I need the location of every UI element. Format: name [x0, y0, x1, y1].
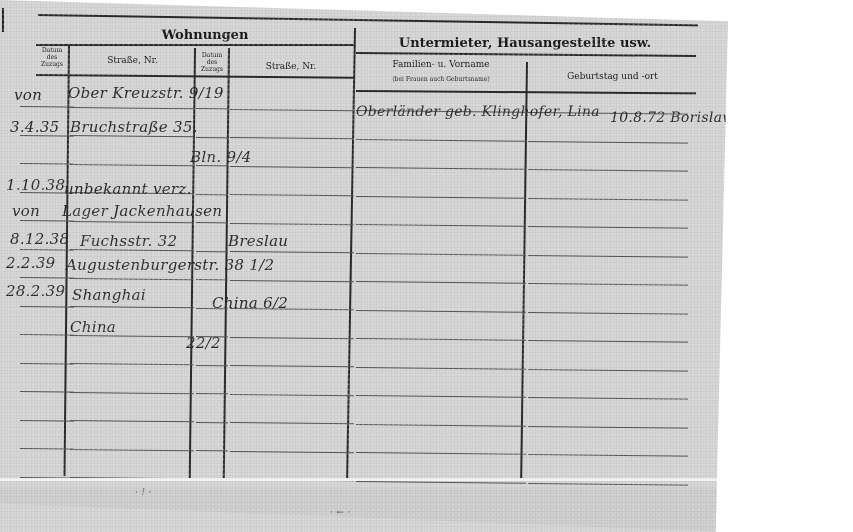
row-rule: [528, 397, 688, 400]
entry-date: 1.10.38: [6, 176, 65, 194]
row-rule: [70, 164, 194, 166]
row-rule: [528, 169, 688, 172]
row-rule: [196, 108, 228, 109]
header-divider: [356, 52, 696, 57]
section-title-residences: Wohnungen: [60, 28, 350, 43]
row-rule: [528, 340, 688, 343]
row-rule: [20, 306, 74, 308]
col-header-name: Familien- u. Vorname: [356, 60, 526, 70]
entry-street: unbekannt verz.: [64, 180, 192, 198]
subtenant-birth: 10.8.72 Borislaw: [610, 110, 735, 126]
col-header-street2: Straße, Nr.: [230, 62, 352, 72]
col-header-birth: Geburtstag und -ort: [530, 72, 695, 82]
entry-date: von: [12, 202, 40, 220]
row-rule: [230, 137, 354, 139]
row-rule: [528, 255, 688, 258]
entry-street: Shanghai: [72, 286, 146, 304]
row-rule: [528, 283, 688, 286]
row-rule: [528, 426, 688, 429]
row-rule: [230, 251, 354, 253]
row-rule: [356, 310, 526, 313]
row-rule: [356, 452, 526, 455]
footer-mark: · ← ·: [330, 508, 350, 518]
row-rule: [20, 163, 74, 165]
row-rule: [230, 394, 354, 396]
row-rule: [196, 450, 228, 451]
registration-card: Wohnungen Untermieter, Hausangestellte u…: [0, 0, 728, 532]
row-rule: [196, 137, 228, 138]
entry-street: China: [70, 318, 116, 336]
row-rule: [196, 422, 228, 423]
row-rule: [20, 448, 74, 450]
entry-date: 2.2.39: [6, 254, 56, 272]
row-rule: [528, 198, 688, 201]
col-header-date2: Datum des Zuzugs: [196, 52, 228, 73]
row-rule: [70, 306, 194, 308]
row-rule: [356, 196, 526, 199]
entry-date: 8.12.38: [10, 230, 69, 248]
row-rule: [196, 222, 228, 223]
top-rule: [38, 14, 698, 26]
row-rule: [20, 220, 74, 222]
row-rule: [20, 277, 74, 279]
subtenant-name: Oberländer geb. Klinghofer, Lina: [356, 104, 600, 120]
row-rule: [528, 369, 688, 372]
row-rule: [356, 424, 526, 427]
row-rule: [70, 278, 194, 280]
row-rule: [356, 139, 526, 142]
col-header-date1: Datum des Zuzugs: [36, 47, 68, 68]
entry-street: Bruchstraße 35.: [70, 118, 198, 136]
column-line: [520, 62, 528, 480]
row-rule: [230, 365, 354, 367]
row-rule: [196, 279, 228, 280]
row-rule: [230, 280, 354, 282]
row-rule: [230, 194, 354, 196]
col-header-name-note: (bei Frauen auch Geburtsname): [356, 76, 526, 83]
row-rule: [230, 223, 354, 225]
row-rule: [528, 454, 688, 457]
row-rule: [356, 167, 526, 170]
row-rule: [196, 251, 228, 252]
entry-street: Lager Jackenhausen: [62, 202, 222, 220]
row-rule: [20, 363, 74, 365]
entry-street: Fuchsstr. 32: [80, 232, 177, 250]
row-rule: [230, 337, 354, 339]
row-rule: [70, 449, 194, 451]
row-rule: [70, 221, 194, 223]
row-rule: [356, 338, 526, 341]
row-rule: [356, 281, 526, 284]
row-rule: [528, 141, 688, 144]
row-rule: [20, 334, 74, 336]
row-rule: [20, 420, 74, 422]
row-rule: [230, 109, 354, 111]
row-rule: [356, 253, 526, 256]
row-rule: [356, 395, 526, 398]
row-rule: [356, 367, 526, 370]
row-rule: [356, 224, 526, 227]
entry-date: 28.2.39: [6, 282, 65, 300]
card-bottom-edge: [0, 488, 725, 532]
row-rule: [196, 194, 228, 195]
row-rule: [70, 420, 194, 422]
entry-street2: Breslau: [228, 232, 288, 250]
row-rule: [70, 363, 194, 365]
entry-street2: China 6/2: [212, 294, 288, 312]
row-rule: [230, 422, 354, 424]
entry-street2: 22/2: [186, 334, 221, 352]
entry-street: Bln. 9/4: [190, 148, 252, 166]
header-divider: [36, 44, 354, 46]
row-rule: [70, 392, 194, 394]
row-rule: [20, 391, 74, 393]
footer-mark: · ! ·: [135, 488, 152, 498]
row-rule: [528, 312, 688, 315]
entry-date: 3.4.35: [10, 118, 60, 136]
section-title-subtenants: Untermieter, Hausangestellte usw.: [360, 36, 690, 51]
row-rule: [20, 106, 74, 108]
column-line: [346, 28, 356, 480]
row-rule: [196, 393, 228, 394]
entry-street: Augustenburgerstr. 38 1/2: [66, 256, 274, 274]
scan-artifact: [0, 478, 720, 481]
row-rule: [528, 483, 688, 486]
row-rule: [528, 226, 688, 229]
row-rule: [230, 451, 354, 453]
margin-mark: [2, 8, 4, 32]
col-header-street1: Straße, Nr.: [70, 56, 195, 66]
entry-street: Ober Kreuzstr. 9/19: [68, 84, 224, 102]
row-rule: [20, 249, 74, 251]
entry-date: von: [14, 86, 42, 104]
row-rule: [196, 365, 228, 366]
row-rule: [70, 107, 194, 109]
